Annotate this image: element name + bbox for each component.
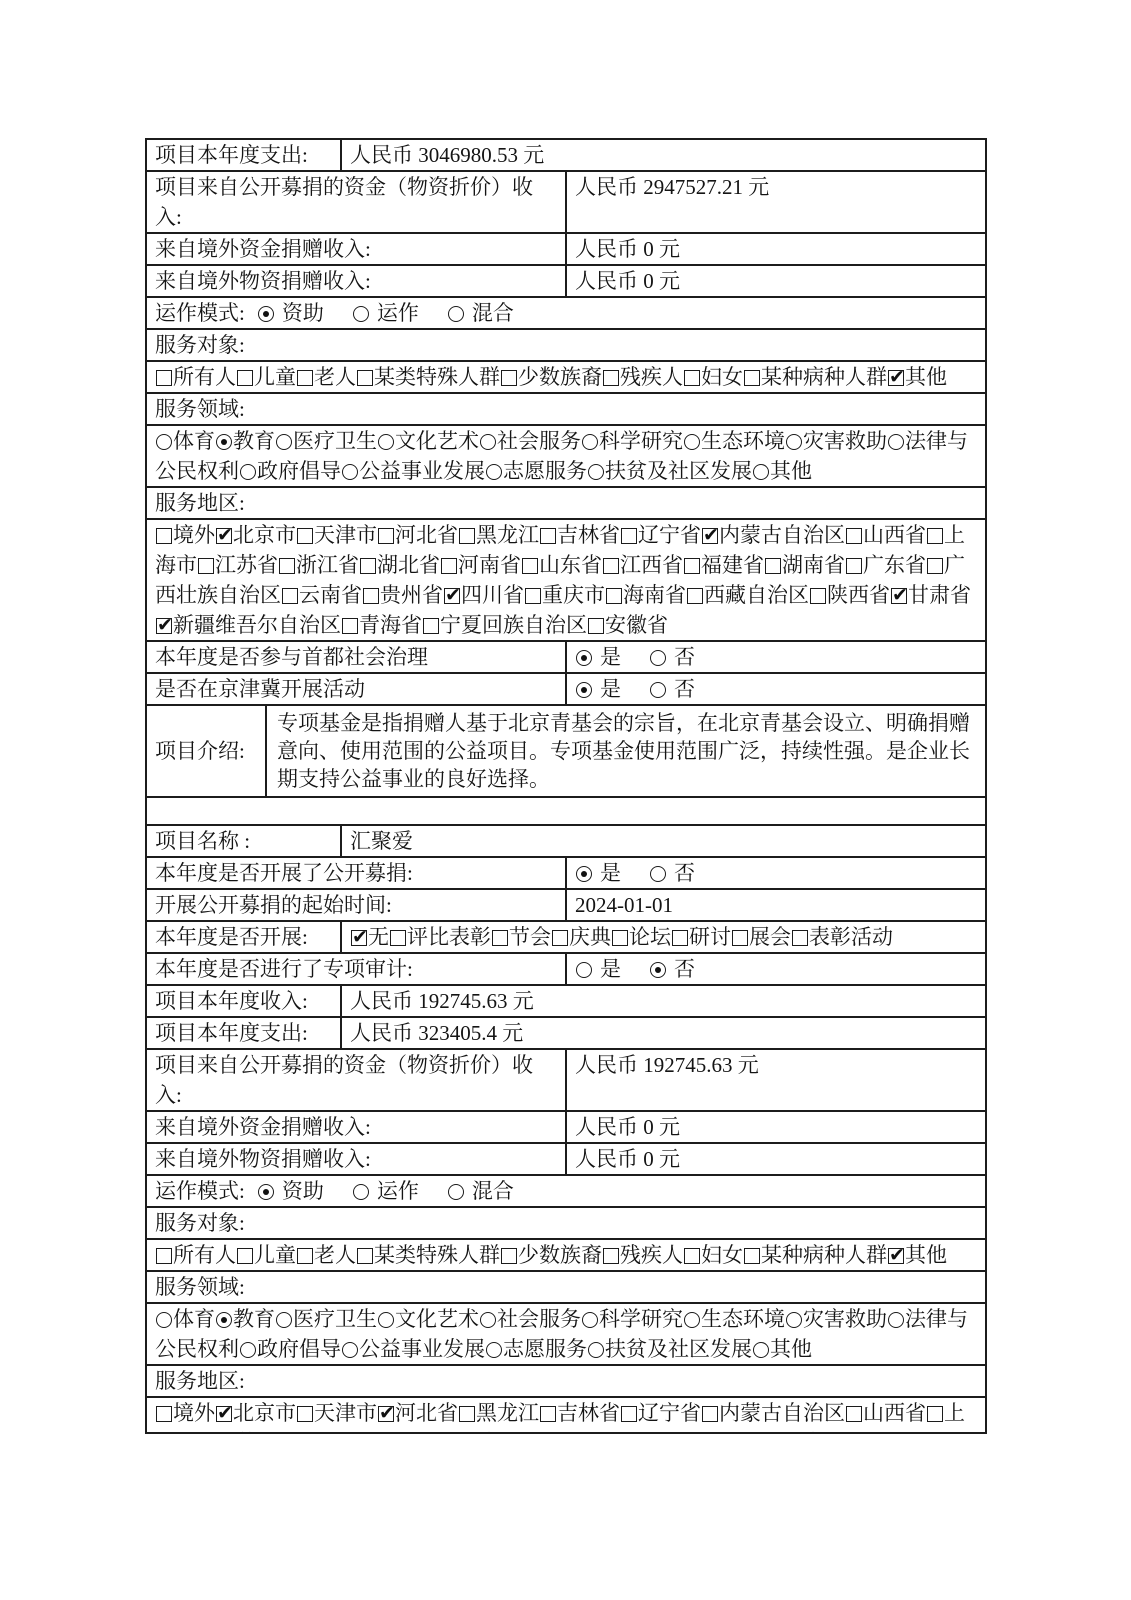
radio-icon	[353, 306, 369, 322]
field-label: 项目本年度支出:	[155, 1021, 308, 1045]
checkbox-icon	[378, 1406, 394, 1422]
checkbox-option[interactable]: 广东省	[845, 1431, 926, 1434]
checkbox-option-label: 湖南省	[782, 1431, 845, 1434]
radio-option-label: 科学研究	[599, 429, 683, 453]
radio-option[interactable]: 否	[649, 954, 695, 984]
radio-option[interactable]: 运作	[352, 1176, 419, 1206]
radio-option[interactable]: 混合	[447, 298, 514, 328]
checkbox-option[interactable]: 河北省	[377, 523, 458, 547]
radio-icon	[258, 306, 274, 322]
radio-icon	[378, 1312, 394, 1328]
radio-icon	[448, 1184, 464, 1200]
field-value: 人民币 0 元	[575, 269, 680, 293]
checkbox-option[interactable]: 少数族裔	[500, 365, 602, 389]
checkbox-option-label: 重庆市	[542, 583, 605, 607]
checkbox-option-label: 四川省	[461, 583, 524, 607]
radio-option[interactable]: 否	[649, 858, 695, 888]
checkbox-option[interactable]: 河南省	[440, 1431, 521, 1434]
field-label: 运作模式:	[155, 301, 245, 325]
radio-option[interactable]: 生态环境	[683, 429, 785, 453]
field-value: 人民币 0 元	[575, 1147, 680, 1171]
field-label: 项目介绍:	[155, 736, 245, 766]
checkbox-option[interactable]: 其他	[887, 365, 947, 389]
radio-line-cell: 运作模式:资助运作混合	[147, 1176, 985, 1206]
radio-option-label: 体育	[173, 1307, 215, 1331]
radio-option[interactable]: 其他	[752, 1337, 812, 1361]
checkbox-option-label: 湖北省	[377, 553, 440, 577]
checkbox-option[interactable]: 天津市	[296, 523, 377, 547]
radio-option[interactable]: 政府倡导	[239, 1337, 341, 1361]
checkbox-flow-cell: 境外北京市天津市河北省黑龙江吉林省辽宁省内蒙古自治区山西省上海市江苏省浙江省湖北…	[147, 520, 985, 640]
checkbox-option-label: 吉林省	[557, 1401, 620, 1425]
checkbox-icon	[672, 930, 688, 946]
radio-icon	[576, 962, 592, 978]
radio-icon	[342, 1342, 358, 1358]
checkbox-option[interactable]: 所有人	[155, 1243, 236, 1267]
checkbox-option[interactable]: 江西省	[602, 1431, 683, 1434]
checkbox-option[interactable]: 无	[350, 925, 389, 949]
radio-icon	[650, 866, 666, 882]
checkbox-option[interactable]: 某种病种人群	[743, 1243, 887, 1267]
checkbox-option[interactable]: 评比表彰	[389, 925, 491, 949]
checkbox-option[interactable]: 辽宁省	[620, 1401, 701, 1425]
checkbox-icon	[357, 370, 373, 386]
checkbox-option-label: 浙江省	[296, 1431, 359, 1434]
radio-option[interactable]: 是	[575, 642, 621, 672]
checkbox-option-label: 青海省	[359, 613, 422, 637]
radio-option-label: 混合	[472, 301, 514, 325]
radio-option[interactable]: 教育	[215, 429, 275, 453]
radio-option-label: 否	[674, 645, 695, 669]
table-row: 项目来自公开募捐的资金（物资折价）收入:人民币 2947527.21 元	[147, 170, 985, 232]
radio-option[interactable]: 医疗卫生	[275, 429, 377, 453]
radio-option-label: 志愿服务	[503, 1337, 587, 1361]
radio-option[interactable]: 运作	[352, 298, 419, 328]
checkbox-option[interactable]: 广东省	[845, 553, 926, 577]
checkbox-option[interactable]: 表彰活动	[791, 925, 893, 949]
checkbox-option[interactable]: 浙江省	[278, 1431, 359, 1434]
radio-option-label: 教育	[233, 1307, 275, 1331]
radio-option-label: 文化艺术	[395, 1307, 479, 1331]
radio-option-label: 是	[600, 861, 621, 885]
checkbox-option-label: 江苏省	[215, 553, 278, 577]
checkbox-flow-cell: 所有人儿童老人某类特殊人群少数族裔残疾人妇女某种病种人群其他	[147, 362, 985, 392]
field-value-cell: 人民币 2947527.21 元	[567, 172, 985, 232]
field-value: 人民币 0 元	[575, 237, 680, 261]
table-row: 项目来自公开募捐的资金（物资折价）收入:人民币 192745.63 元	[147, 1048, 985, 1110]
field-label: 本年度是否开展:	[155, 925, 308, 949]
checkbox-option[interactable]: 黑龙江	[458, 523, 539, 547]
checkbox-icon	[156, 528, 172, 544]
checkbox-option[interactable]: 老人	[296, 1243, 356, 1267]
checkbox-icon	[846, 558, 862, 574]
checkbox-option[interactable]: 展会	[731, 925, 791, 949]
checkbox-option[interactable]: 陕西省	[809, 583, 890, 607]
field-label-cell: 本年度是否参与首都社会治理	[147, 642, 567, 672]
checkbox-icon	[927, 528, 943, 544]
checkbox-option[interactable]: 河南省	[440, 553, 521, 577]
checkbox-option[interactable]: 残疾人	[602, 365, 683, 389]
checkbox-option-label: 北京市	[233, 1401, 296, 1425]
checkbox-option-label: 西藏自治区	[704, 583, 809, 607]
checkbox-option[interactable]: 海南省	[605, 583, 686, 607]
checkbox-option-label: 天津市	[314, 523, 377, 547]
radio-option-label: 是	[600, 645, 621, 669]
document-page: { "colors": { "background": "#ffffff", "…	[0, 0, 1131, 1600]
checkbox-option-label: 评比表彰	[407, 925, 491, 949]
checkbox-icon	[744, 1248, 760, 1264]
radio-option[interactable]: 是	[575, 954, 621, 984]
checkbox-option-label: 少数族裔	[518, 365, 602, 389]
radio-icon	[240, 464, 256, 480]
checkbox-option[interactable]: 某类特殊人群	[356, 365, 500, 389]
checkbox-icon	[279, 558, 295, 574]
radio-option[interactable]: 是	[575, 858, 621, 888]
radio-option[interactable]: 公益事业发展	[341, 1337, 485, 1361]
radio-option[interactable]: 是	[575, 674, 621, 704]
radio-option[interactable]: 科学研究	[581, 1307, 683, 1331]
radio-icon	[684, 434, 700, 450]
radio-icon	[786, 1312, 802, 1328]
checkbox-option[interactable]: 北京市	[215, 1401, 296, 1425]
radio-icon	[486, 1342, 502, 1358]
radio-option[interactable]: 文化艺术	[377, 429, 479, 453]
checkbox-option[interactable]: 江西省	[602, 553, 683, 577]
field-value-cell: 2024-01-01	[567, 890, 985, 920]
radio-option-label: 扶贫及社区发展	[605, 1337, 752, 1361]
checkbox-icon	[423, 618, 439, 634]
checkbox-icon	[501, 370, 517, 386]
checkbox-option-label: 广东省	[863, 553, 926, 577]
radio-option-label: 生态环境	[701, 429, 785, 453]
radio-option-label: 医疗卫生	[293, 429, 377, 453]
checkbox-icon	[459, 528, 475, 544]
checkbox-option-label: 北京市	[233, 523, 296, 547]
checkbox-option-label: 浙江省	[296, 553, 359, 577]
radio-option[interactable]: 资助	[257, 298, 324, 328]
checkbox-option-label: 安徽省	[605, 613, 668, 637]
checkbox-option[interactable]: 某种病种人群	[743, 365, 887, 389]
field-label: 本年度是否开展了公开募捐:	[155, 861, 413, 885]
checkbox-option-label: 残疾人	[620, 1243, 683, 1267]
checkbox-option[interactable]: 山西省	[845, 1401, 926, 1425]
checkbox-option[interactable]: 湖南省	[764, 553, 845, 577]
section-label: 服务领域:	[147, 1272, 985, 1302]
checkbox-option[interactable]: 节会	[491, 925, 551, 949]
field-value-cell: 是否	[567, 674, 985, 704]
radio-option[interactable]: 生态环境	[683, 1307, 785, 1331]
checkbox-icon	[156, 1248, 172, 1264]
radio-icon	[753, 1342, 769, 1358]
checkbox-option[interactable]: 吉林省	[539, 523, 620, 547]
checkbox-option-label: 山东省	[539, 553, 602, 577]
radio-option[interactable]: 体育	[155, 1307, 215, 1331]
field-label-cell: 来自境外物资捐赠收入:	[147, 1144, 567, 1174]
checkbox-option[interactable]: 论坛	[611, 925, 671, 949]
radio-option[interactable]: 公益事业发展	[341, 459, 485, 483]
checkbox-option-label: 妇女	[701, 365, 743, 389]
checkbox-option-label: 内蒙古自治区	[719, 523, 845, 547]
field-value-cell: 人民币 323405.4 元	[342, 1018, 985, 1048]
table-row: 来自境外物资捐赠收入:人民币 0 元	[147, 1142, 985, 1174]
radio-option[interactable]: 扶贫及社区发展	[587, 459, 752, 483]
field-label: 项目来自公开募捐的资金（物资折价）收入:	[155, 175, 533, 229]
checkbox-icon	[888, 1248, 904, 1264]
field-label-cell: 项目本年度支出:	[147, 140, 342, 170]
checkbox-icon	[444, 588, 460, 604]
field-value-cell: 人民币 0 元	[567, 234, 985, 264]
radio-option-label: 其他	[770, 459, 812, 483]
checkbox-option[interactable]: 吉林省	[539, 1401, 620, 1425]
checkbox-option-label: 研讨	[689, 925, 731, 949]
radio-option[interactable]: 社会服务	[479, 429, 581, 453]
checkbox-option-label: 其他	[905, 365, 947, 389]
radio-icon	[240, 1342, 256, 1358]
checkbox-flow-cell: 境外北京市天津市河北省黑龙江吉林省辽宁省内蒙古自治区山西省上海市江苏省浙江省湖北…	[147, 1398, 985, 1434]
radio-option-label: 志愿服务	[503, 459, 587, 483]
radio-option[interactable]: 混合	[447, 1176, 514, 1206]
checkbox-option[interactable]: 其他	[887, 1243, 947, 1267]
radio-icon	[156, 1312, 172, 1328]
radio-option[interactable]: 否	[649, 674, 695, 704]
checkbox-icon	[846, 1406, 862, 1422]
checkbox-option[interactable]: 四川省	[443, 583, 524, 607]
checkbox-option-label: 所有人	[173, 365, 236, 389]
radio-option[interactable]: 政府倡导	[239, 459, 341, 483]
field-label: 运作模式:	[155, 1179, 245, 1203]
field-value-cell: 人民币 3046980.53 元	[342, 140, 985, 170]
checkbox-option[interactable]: 江苏省	[197, 1431, 278, 1434]
checkbox-option-label: 河南省	[458, 553, 521, 577]
checkbox-option[interactable]: 福建省	[683, 553, 764, 577]
checkbox-option-label: 残疾人	[620, 365, 683, 389]
checkbox-icon	[744, 370, 760, 386]
checkbox-option[interactable]: 庆典	[551, 925, 611, 949]
radio-icon	[888, 434, 904, 450]
checkbox-icon	[282, 588, 298, 604]
checkbox-option-label: 湖南省	[782, 553, 845, 577]
checkbox-option-label: 某类特殊人群	[374, 365, 500, 389]
checkbox-option[interactable]: 某类特殊人群	[356, 1243, 500, 1267]
field-value: 人民币 192745.63 元	[350, 989, 534, 1013]
field-value-cell: 人民币 192745.63 元	[342, 986, 985, 1016]
radio-option-label: 文化艺术	[395, 429, 479, 453]
radio-option[interactable]: 志愿服务	[485, 1337, 587, 1361]
checkbox-option-label: 某类特殊人群	[374, 1243, 500, 1267]
checkbox-option[interactable]: 黑龙江	[458, 1401, 539, 1425]
field-label: 来自境外物资捐赠收入:	[155, 1147, 371, 1171]
radio-option[interactable]: 社会服务	[479, 1307, 581, 1331]
field-label-cell: 项目名称 :	[147, 826, 342, 856]
radio-option-label: 政府倡导	[257, 459, 341, 483]
radio-option[interactable]: 其他	[752, 459, 812, 483]
checkbox-option-label: 其他	[905, 1243, 947, 1267]
checkbox-option[interactable]: 新疆维吾尔自治区	[155, 613, 341, 637]
checkbox-option[interactable]: 辽宁省	[620, 523, 701, 547]
radio-option-label: 否	[674, 677, 695, 701]
checkbox-option[interactable]: 儿童	[236, 365, 296, 389]
checkbox-option-label: 辽宁省	[638, 1401, 701, 1425]
radio-option[interactable]: 否	[649, 642, 695, 672]
checkbox-option[interactable]: 云南省	[281, 583, 362, 607]
checkbox-option[interactable]: 内蒙古自治区	[701, 523, 845, 547]
checkbox-icon	[360, 558, 376, 574]
checkbox-option-label: 天津市	[314, 1401, 377, 1425]
table-row: 所有人儿童老人某类特殊人群少数族裔残疾人妇女某种病种人群其他	[147, 360, 985, 392]
checkbox-icon	[501, 1248, 517, 1264]
checkbox-option[interactable]: 湖北省	[359, 553, 440, 577]
checkbox-option[interactable]: 北京市	[215, 523, 296, 547]
table-row: 服务地区:	[147, 1364, 985, 1396]
checkbox-option-label: 所有人	[173, 1243, 236, 1267]
checkbox-option[interactable]: 浙江省	[278, 553, 359, 577]
checkbox-icon	[765, 558, 781, 574]
checkbox-icon	[492, 930, 508, 946]
checkbox-option[interactable]: 所有人	[155, 365, 236, 389]
checkbox-icon	[351, 930, 367, 946]
table-row: 服务领域:	[147, 1270, 985, 1302]
radio-option-label: 体育	[173, 429, 215, 453]
checkbox-icon	[156, 1406, 172, 1422]
checkbox-option[interactable]: 湖北省	[359, 1431, 440, 1434]
radio-icon	[276, 434, 292, 450]
checkbox-icon	[810, 588, 826, 604]
radio-option[interactable]: 灾害救助	[785, 429, 887, 453]
checkbox-option-label: 某种病种人群	[761, 365, 887, 389]
checkbox-option[interactable]: 江苏省	[197, 553, 278, 577]
field-label-cell: 项目本年度收入:	[147, 986, 342, 1016]
checkbox-option[interactable]: 山东省	[521, 1431, 602, 1434]
checkbox-option[interactable]: 贵州省	[362, 583, 443, 607]
field-value-cell: 人民币 192745.63 元	[567, 1050, 985, 1110]
checkbox-option[interactable]: 儿童	[236, 1243, 296, 1267]
checkbox-option-label: 老人	[314, 365, 356, 389]
checkbox-icon	[459, 1406, 475, 1422]
table-row: 来自境外资金捐赠收入:人民币 0 元	[147, 1110, 985, 1142]
table-row: 境外北京市天津市河北省黑龙江吉林省辽宁省内蒙古自治区山西省上海市江苏省浙江省湖北…	[147, 518, 985, 640]
checkbox-option-label: 海南省	[623, 583, 686, 607]
radio-option-label: 其他	[770, 1337, 812, 1361]
radio-option[interactable]: 医疗卫生	[275, 1307, 377, 1331]
checkbox-icon	[621, 528, 637, 544]
checkbox-option[interactable]: 西藏自治区	[686, 583, 809, 607]
radio-icon	[448, 306, 464, 322]
checkbox-option[interactable]: 境外	[155, 523, 215, 547]
checkbox-option[interactable]: 重庆市	[524, 583, 605, 607]
report-table: 项目本年度支出:人民币 3046980.53 元项目来自公开募捐的资金（物资折价…	[145, 138, 987, 1434]
table-row: 服务地区:	[147, 486, 985, 518]
field-label-cell: 本年度是否开展了公开募捐:	[147, 858, 567, 888]
checkbox-icon	[792, 930, 808, 946]
checkbox-option[interactable]: 老人	[296, 365, 356, 389]
field-value-cell: 人民币 0 元	[567, 266, 985, 296]
checkbox-option[interactable]: 妇女	[683, 365, 743, 389]
table-row: 体育教育医疗卫生文化艺术社会服务科学研究生态环境灾害救助法律与公民权利政府倡导公…	[147, 1302, 985, 1364]
radio-option[interactable]: 科学研究	[581, 429, 683, 453]
field-label: 项目来自公开募捐的资金（物资折价）收入:	[155, 1053, 533, 1107]
checkbox-option[interactable]: 福建省	[683, 1431, 764, 1434]
checkbox-icon	[603, 558, 619, 574]
checkbox-option[interactable]: 内蒙古自治区	[701, 1401, 845, 1425]
radio-icon	[378, 434, 394, 450]
field-label-cell: 是否在京津冀开展活动	[147, 674, 567, 704]
checkbox-option-label: 庆典	[569, 925, 611, 949]
radio-option[interactable]: 志愿服务	[485, 459, 587, 483]
checkbox-option[interactable]: 甘肃省	[890, 583, 971, 607]
field-label: 开展公开募捐的起始时间:	[155, 893, 392, 917]
checkbox-option[interactable]: 妇女	[683, 1243, 743, 1267]
checkbox-option[interactable]: 山西省	[845, 523, 926, 547]
table-row: 开展公开募捐的起始时间:2024-01-01	[147, 888, 985, 920]
checkbox-option-label: 内蒙古自治区	[719, 1401, 845, 1425]
radio-option[interactable]: 体育	[155, 429, 215, 453]
checkbox-icon	[702, 1406, 718, 1422]
field-value: 人民币 3046980.53 元	[350, 143, 544, 167]
table-row: 项目本年度支出:人民币 323405.4 元	[147, 1016, 985, 1048]
radio-option[interactable]: 文化艺术	[377, 1307, 479, 1331]
radio-option[interactable]: 资助	[257, 1176, 324, 1206]
checkbox-icon	[441, 558, 457, 574]
radio-option[interactable]: 灾害救助	[785, 1307, 887, 1331]
checkbox-option[interactable]: 河北省	[377, 1401, 458, 1425]
radio-icon	[480, 434, 496, 450]
radio-option-label: 医疗卫生	[293, 1307, 377, 1331]
table-row: 本年度是否开展了公开募捐:是否	[147, 856, 985, 888]
radio-icon	[216, 434, 232, 450]
checkbox-option[interactable]: 少数族裔	[500, 1243, 602, 1267]
radio-icon	[588, 1342, 604, 1358]
radio-option[interactable]: 扶贫及社区发展	[587, 1337, 752, 1361]
checkbox-icon	[684, 370, 700, 386]
checkbox-option[interactable]: 境外	[155, 1401, 215, 1425]
field-value-cell: 人民币 0 元	[567, 1112, 985, 1142]
checkbox-option[interactable]: 山东省	[521, 553, 602, 577]
radio-flow-cell: 体育教育医疗卫生文化艺术社会服务科学研究生态环境灾害救助法律与公民权利政府倡导公…	[147, 426, 985, 486]
checkbox-option-label: 山西省	[863, 1401, 926, 1425]
table-row: 运作模式:资助运作混合	[147, 296, 985, 328]
field-value: 人民币 323405.4 元	[350, 1021, 523, 1045]
field-label: 来自境外资金捐赠收入:	[155, 1115, 371, 1139]
radio-option-label: 科学研究	[599, 1307, 683, 1331]
field-value-cell: 专项基金是指捐赠人基于北京青基会的宗旨，在北京青基会设立、明确捐赠意向、使用范围…	[267, 706, 985, 796]
radio-icon	[258, 1184, 274, 1200]
checkbox-icon	[216, 528, 232, 544]
checkbox-option[interactable]: 安徽省	[587, 613, 668, 637]
radio-option[interactable]: 教育	[215, 1307, 275, 1331]
radio-option-label: 运作	[377, 1179, 419, 1203]
checkbox-option[interactable]: 研讨	[671, 925, 731, 949]
radio-icon	[342, 464, 358, 480]
checkbox-option[interactable]: 残疾人	[602, 1243, 683, 1267]
table-row: 运作模式:资助运作混合	[147, 1174, 985, 1206]
checkbox-icon	[237, 1248, 253, 1264]
checkbox-option[interactable]: 湖南省	[764, 1431, 845, 1434]
checkbox-icon	[927, 1406, 943, 1422]
radio-icon	[216, 1312, 232, 1328]
checkbox-icon	[540, 1406, 556, 1422]
checkbox-option[interactable]: 天津市	[296, 1401, 377, 1425]
radio-option-label: 社会服务	[497, 1307, 581, 1331]
section-label: 服务对象:	[147, 330, 985, 360]
checkbox-option[interactable]: 宁夏回族自治区	[422, 613, 587, 637]
checkbox-option[interactable]: 青海省	[341, 613, 422, 637]
checkbox-option-label: 妇女	[701, 1243, 743, 1267]
section-label: 服务地区:	[147, 1366, 985, 1396]
checkbox-option-label: 境外	[173, 1401, 215, 1425]
field-label-cell: 本年度是否开展:	[147, 922, 342, 952]
field-label-cell: 本年度是否进行了专项审计:	[147, 954, 567, 984]
checkbox-option-label: 江西省	[620, 1431, 683, 1434]
